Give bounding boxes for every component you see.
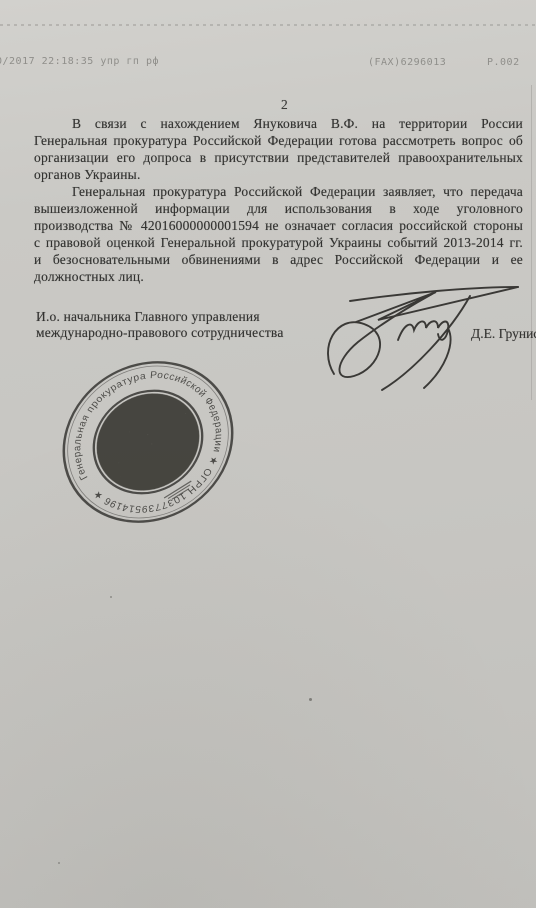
paper-speck xyxy=(309,698,312,701)
official-round-stamp: Генеральная прокуратура Российской Федер… xyxy=(42,352,254,534)
paragraph2-line: Генеральная прокуратура Российской Федер… xyxy=(34,183,523,200)
paragraph2-line: и безосновательными обвинениями в адрес … xyxy=(34,251,523,268)
paragraph1-line: В связи с нахождением Януковича В.Ф. на … xyxy=(34,115,523,132)
fax-perforation-line xyxy=(0,24,536,26)
document-body: В связи с нахождением Януковича В.Ф. на … xyxy=(34,115,523,285)
paragraph2-line: с правовой оценкой Генеральной прокурату… xyxy=(34,234,523,251)
paragraph1-line: организации его допроса в присутствии пр… xyxy=(34,149,523,166)
signer-title-line1: И.о. начальника Главного управления xyxy=(36,309,336,325)
signer-title: И.о. начальника Главного управления межд… xyxy=(36,309,336,340)
paragraph2-line: производства № 42016000000001594 не озна… xyxy=(34,217,523,234)
page-number: 2 xyxy=(281,97,288,113)
paragraph2-line: вышеизложенной информации для использова… xyxy=(34,200,523,217)
paragraph1-line: Генеральная прокуратура Российской Федер… xyxy=(34,132,523,149)
signer-name: Д.Е. Грунис xyxy=(471,326,536,342)
paragraph1-line: органов Украины. xyxy=(34,166,523,183)
fax-header: 0/2017 22:18:35 упр гп рф (FAX)6296013 P… xyxy=(0,56,536,72)
fax-timestamp: 0/2017 22:18:35 упр гп рф xyxy=(0,56,159,67)
fax-page-counter: P.002 xyxy=(487,57,520,68)
paper-speck xyxy=(58,862,60,864)
paper-speck xyxy=(110,596,112,598)
signer-title-line2: международно-правового сотрудничества xyxy=(36,325,336,341)
fax-number: (FAX)6296013 xyxy=(368,57,446,68)
